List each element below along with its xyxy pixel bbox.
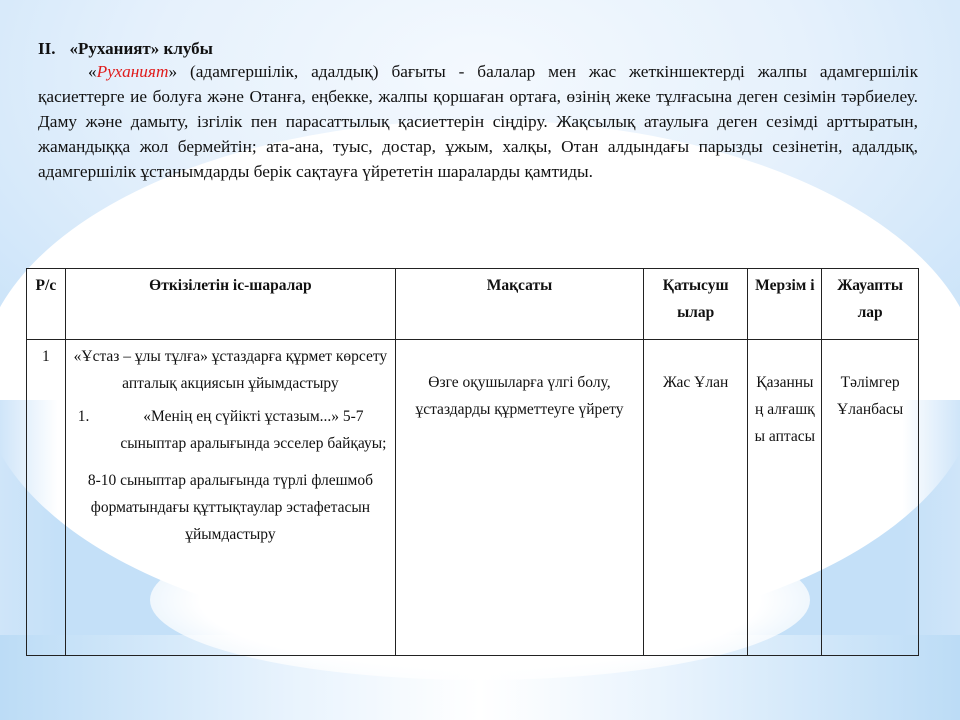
cell-activity: «Ұстаз – ұлы тұлға» ұстаздарға құрмет кө…: [65, 340, 395, 656]
section-number: II.: [38, 39, 55, 58]
header-activities: Өткізілетін іс-шаралар: [65, 269, 395, 340]
header-participants: Қатысуш ылар: [643, 269, 748, 340]
section-heading: II.«Руханият» клубы: [38, 38, 918, 59]
quote-open: «: [88, 62, 97, 81]
slide-text: II.«Руханият» клубы «Руханият» (адамгерш…: [38, 38, 918, 184]
activity-main: «Ұстаз – ұлы тұлға» ұстаздарға құрмет кө…: [70, 343, 391, 397]
list-number: 1.: [70, 403, 116, 457]
cell-responsible: Тәлімгер Ұланбасы: [822, 340, 919, 656]
activities-table: Р/с Өткізілетін іс-шаралар Мақсаты Қатыс…: [26, 268, 919, 656]
cell-deadline: Қазанның алғашқы аптасы: [748, 340, 822, 656]
table-row: 1 «Ұстаз – ұлы тұлға» ұстаздарға құрмет …: [27, 340, 919, 656]
cell-participants: Жас Ұлан: [643, 340, 748, 656]
section-title: «Руханият» клубы: [69, 39, 212, 58]
description-paragraph: «Руханият» (адамгершілік, адалдық) бағыт…: [38, 59, 918, 184]
table-header-row: Р/с Өткізілетін іс-шаралар Мақсаты Қатыс…: [27, 269, 919, 340]
activity-list-item: 1. «Менің ең сүйікті ұстазым...» 5-7 сын…: [70, 403, 391, 457]
header-responsible: Жауапты лар: [822, 269, 919, 340]
quote-close: »: [168, 62, 177, 81]
club-name-highlight: Руханият: [97, 62, 169, 81]
cell-no: 1: [27, 340, 66, 656]
cell-goal: Өзге оқушыларға үлгі болу, ұстаздарды құ…: [396, 340, 644, 656]
header-no: Р/с: [27, 269, 66, 340]
header-goal: Мақсаты: [396, 269, 644, 340]
header-deadline: Мерзім і: [748, 269, 822, 340]
list-text: «Менің ең сүйікті ұстазым...» 5-7 сыныпт…: [116, 403, 391, 457]
activity-extra: 8-10 сыныптар аралығында түрлі флешмоб ф…: [70, 467, 391, 548]
